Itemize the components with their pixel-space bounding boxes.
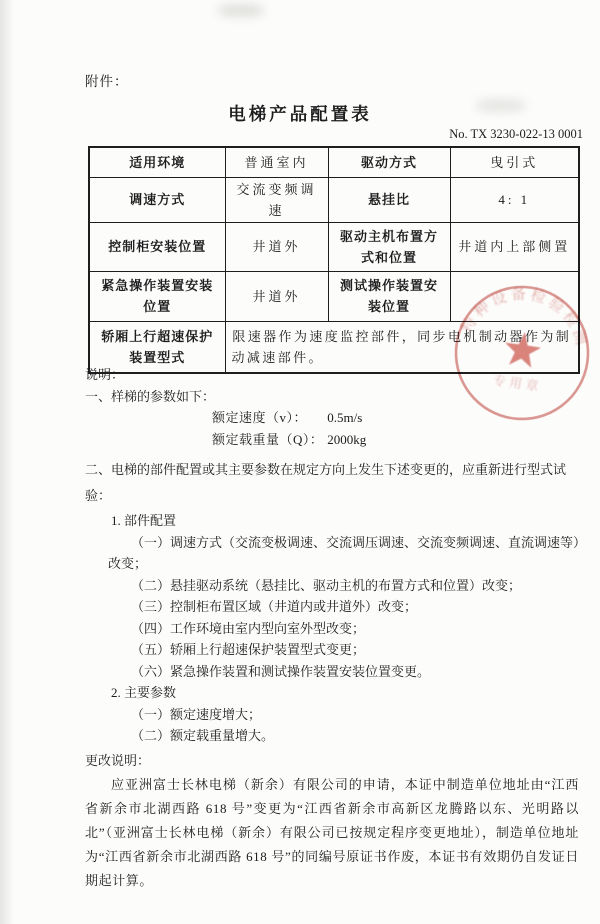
cell-value: 普通室内 <box>225 147 328 177</box>
cell-label: 驱动方式 <box>328 147 450 177</box>
note-line: （五）轿厢上行超速保护装置型式变更； <box>85 639 579 661</box>
change-note-heading: 更改说明： <box>85 750 579 772</box>
attachment-label: 附件： <box>85 70 129 90</box>
note-line: 改变； <box>85 553 579 575</box>
note-line: （四）工作环境由室内型向室外型改变； <box>85 618 579 640</box>
table-row: 适用环境 普通室内 驱动方式 曳引式 <box>89 147 579 177</box>
cell-value: 交流变频调速 <box>225 177 328 222</box>
cell-label: 紧急操作装置安装位置 <box>89 271 225 321</box>
note-line: 二、电梯的部件配置或其主要参数在规定方向上发生下述变更的，应重新进行型式试 <box>85 456 579 484</box>
table-row: 调速方式 交流变频调速 悬挂比 4: 1 <box>89 177 579 222</box>
page-title: 电梯产品配置表 <box>0 101 600 126</box>
note-line: （二）额定载重量增大。 <box>85 725 579 747</box>
note-line: （一）额定速度增大； <box>85 704 579 726</box>
cell-value: 井道外 <box>225 271 328 321</box>
cell-label: 适用环境 <box>89 147 225 177</box>
cell-value: 井道内上部侧置 <box>450 222 579 271</box>
rated-load-label: 额定载重量（Q）： <box>212 429 324 451</box>
cell-label: 控制柜安装位置 <box>89 222 225 271</box>
note-line: 2. 主要参数 <box>85 682 579 704</box>
cell-label: 驱动主机布置方式和位置 <box>328 222 450 271</box>
cell-label: 测试操作装置安装位置 <box>328 271 450 321</box>
note-line: 1. 部件配置 <box>85 510 579 532</box>
note-line: （六）紧急操作装置和测试操作装置安装位置变更。 <box>85 661 579 683</box>
scanned-document-page: 附件： 电梯产品配置表 No. TX 3230-022-13 0001 适用环境… <box>0 0 600 924</box>
red-seal-stamp: 特种设备检验检测 专用章 <box>437 268 600 437</box>
rated-speed-value: 0.5m/s <box>327 410 362 425</box>
note-line: （三）控制柜布置区域（井道内或井道外）改变； <box>85 596 579 618</box>
cell-label: 调速方式 <box>89 177 225 222</box>
seal-bottom-text: 专用章 <box>492 372 543 394</box>
cell-value: 井道外 <box>225 222 328 271</box>
doc-number: No. TX 3230-022-13 0001 <box>0 127 583 142</box>
star-icon <box>502 330 543 369</box>
table-row: 控制柜安装位置 井道外 驱动主机布置方式和位置 井道内上部侧置 <box>89 222 579 271</box>
cell-label: 悬挂比 <box>328 177 450 222</box>
notes-section: 说明： 一、样梯的参数如下： 额定速度（v）： 0.5m/s 额定载重量（Q）：… <box>85 364 579 893</box>
note-line: 验： <box>85 484 579 508</box>
rated-speed-label: 额定速度（v）： <box>212 407 324 429</box>
note-line: （一）调速方式（交流变极调速、交流调压调速、交流变频调速、直流调速等） <box>85 532 579 554</box>
change-note-paragraph: 应亚洲富士长林电梯（新余）有限公司的申请，本证中制造单位地址由“江西省新余市北湖… <box>85 773 579 893</box>
scan-smudge <box>218 4 264 17</box>
cell-value: 4: 1 <box>450 177 579 222</box>
rated-load-line: 额定载重量（Q）： 2000kg <box>85 429 579 451</box>
rated-load-value: 2000kg <box>327 432 366 447</box>
note-line: （二）悬挂驱动系统（悬挂比、驱动主机的布置方式和位置）改变； <box>85 575 579 597</box>
cell-value: 曳引式 <box>450 147 579 177</box>
